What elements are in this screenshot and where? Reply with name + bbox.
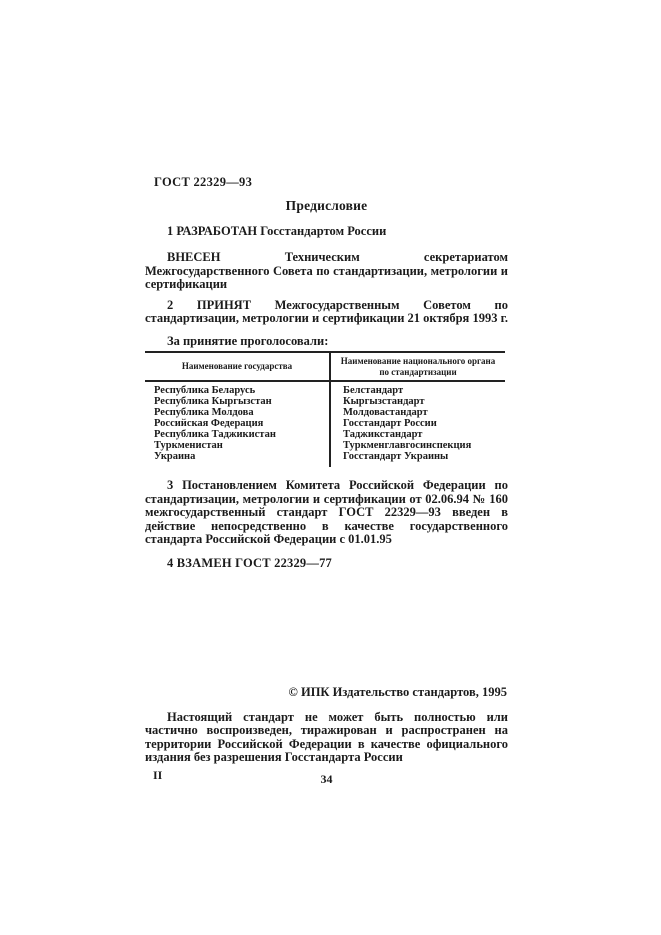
page-footer: II 34: [145, 771, 508, 785]
clause-adopted: 2 ПРИНЯТ Межгосударственным Советом по с…: [145, 299, 508, 326]
clause-developed: 1 РАЗРАБОТАН Госстандартом России: [145, 225, 508, 239]
vote-table-header-row: Наименование государства Наименование на…: [145, 352, 505, 381]
vote-table-header-state: Наименование государства: [145, 352, 330, 381]
table-row: Туркменистан Туркменглавгосинспекция: [145, 440, 505, 451]
authority-cell: Таджикстандарт: [330, 429, 505, 440]
text-column: ГОСТ 22329—93 Предисловие 1 РАЗРАБОТАН Г…: [145, 176, 508, 785]
table-row: Республика Молдова Молдовастандарт: [145, 407, 505, 418]
copyright-line: © ИПК Издательство стандартов, 1995: [145, 686, 508, 700]
authority-cell: Кыргызстандарт: [330, 396, 505, 407]
document-page: ГОСТ 22329—93 Предисловие 1 РАЗРАБОТАН Г…: [0, 0, 661, 935]
vote-intro: За принятие проголосовали:: [145, 335, 508, 349]
state-cell: Республика Беларусь: [145, 381, 330, 396]
state-cell: Республика Таджикистан: [145, 429, 330, 440]
vote-table-header-authority: Наименование национального органа по ста…: [330, 352, 505, 381]
authority-cell: Белстандарт: [330, 381, 505, 396]
table-row: Республика Беларусь Белстандарт: [145, 381, 505, 396]
clause-submitted: ВНЕСЕН Техническим секретариатом Межгосу…: [145, 251, 508, 292]
authority-cell: Молдовастандарт: [330, 407, 505, 418]
state-cell: Российская Федерация: [145, 418, 330, 429]
table-row: Российская Федерация Госстандарт России: [145, 418, 505, 429]
table-row: Республика Таджикистан Таджикстандарт: [145, 429, 505, 440]
table-row: Республика Кыргызстан Кыргызстандарт: [145, 396, 505, 407]
table-row: Украина Госстандарт Украины: [145, 451, 505, 467]
authority-cell: Госстандарт Украины: [330, 451, 505, 467]
page-title: Предисловие: [145, 199, 508, 213]
authority-cell: Госстандарт России: [330, 418, 505, 429]
state-cell: Туркменистан: [145, 440, 330, 451]
state-cell: Украина: [145, 451, 330, 467]
restriction-notice: Настоящий стандарт не может быть полност…: [145, 711, 508, 765]
doc-code: ГОСТ 22329—93: [154, 176, 508, 190]
vote-table: Наименование государства Наименование на…: [145, 351, 505, 467]
clause-replaces: 4 ВЗАМЕН ГОСТ 22329—77: [145, 557, 508, 571]
authority-cell: Туркменглавгосинспекция: [330, 440, 505, 451]
state-cell: Республика Кыргызстан: [145, 396, 330, 407]
page-number: 34: [145, 773, 508, 787]
state-cell: Республика Молдова: [145, 407, 330, 418]
clause-decree: 3 Постановлением Комитета Российской Фед…: [145, 479, 508, 547]
